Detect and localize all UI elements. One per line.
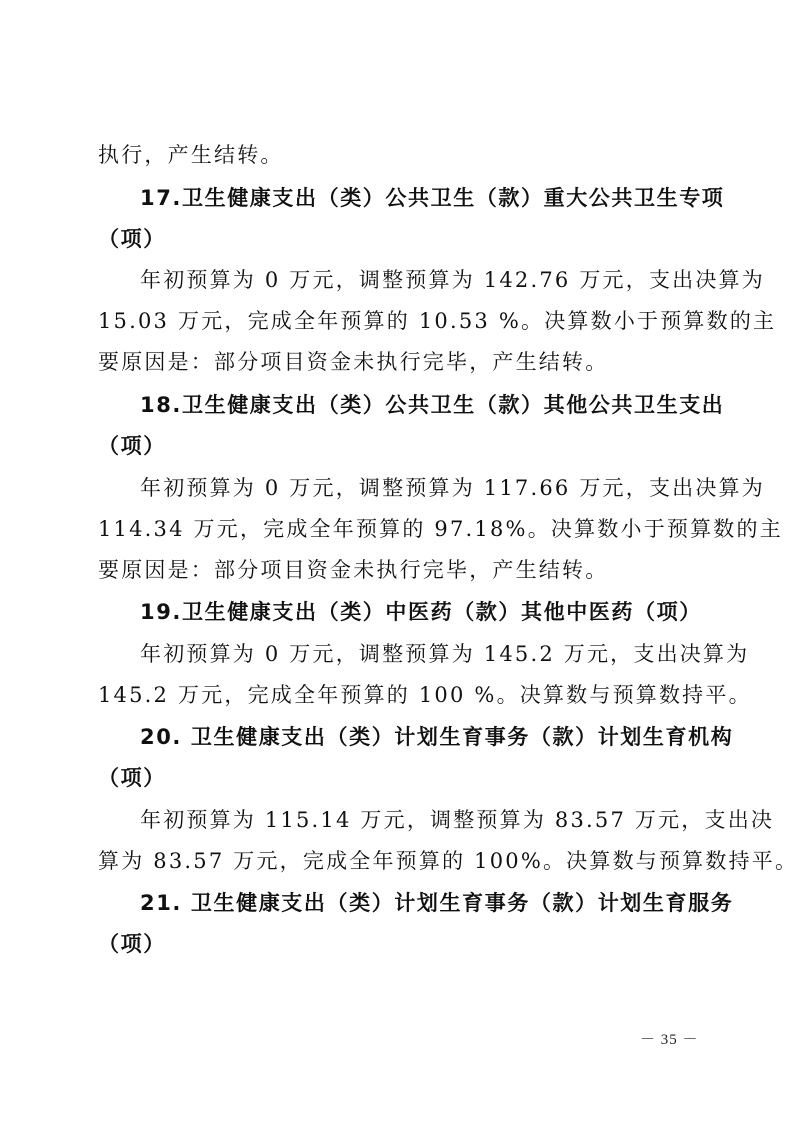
section-heading-21: 21. 卫生健康支出（类）计划生育事务（款）计划生育服务 <box>140 889 740 917</box>
section-heading-17-cont: （项） <box>98 225 698 253</box>
section-heading-20-cont: （项） <box>98 764 698 792</box>
body-text-line: 年初预算为 115.14 万元，调整预算为 83.57 万元，支出决 <box>140 806 740 834</box>
body-text-line: 年初预算为 0 万元，调整预算为 145.2 万元，支出决算为 <box>140 640 740 668</box>
section-heading-18-cont: （项） <box>98 432 698 460</box>
section-heading-21-cont: （项） <box>98 930 698 958</box>
body-text-line: 145.2 万元，完成全年预算的 100 %。决算数与预算数持平。 <box>98 681 698 709</box>
section-heading-20: 20. 卫生健康支出（类）计划生育事务（款）计划生育机构 <box>140 723 740 751</box>
section-heading-19: 19.卫生健康支出（类）中医药（款）其他中医药（项） <box>140 598 740 626</box>
body-text-line: 执行，产生结转。 <box>98 141 698 169</box>
section-heading-17: 17.卫生健康支出（类）公共卫生（款）重大公共卫生专项 <box>140 184 740 212</box>
body-text-line: 114.34 万元，完成全年预算的 97.18%。决算数小于预算数的主 <box>98 515 698 543</box>
page-number: － 35 － <box>640 1028 699 1049</box>
body-text-line: 15.03 万元，完成全年预算的 10.53 %。决算数小于预算数的主 <box>98 307 698 335</box>
document-page: 执行，产生结转。 17.卫生健康支出（类）公共卫生（款）重大公共卫生专项 （项）… <box>0 0 793 1122</box>
body-text-line: 要原因是：部分项目资金未执行完毕，产生结转。 <box>98 556 698 584</box>
body-text-line: 年初预算为 0 万元，调整预算为 117.66 万元，支出决算为 <box>140 474 740 502</box>
section-heading-18: 18.卫生健康支出（类）公共卫生（款）其他公共卫生支出 <box>140 391 740 419</box>
body-text-line: 算为 83.57 万元，完成全年预算的 100%。决算数与预算数持平。 <box>98 847 698 875</box>
body-text-line: 要原因是：部分项目资金未执行完毕，产生结转。 <box>98 348 698 376</box>
body-text-line: 年初预算为 0 万元，调整预算为 142.76 万元，支出决算为 <box>140 266 740 294</box>
